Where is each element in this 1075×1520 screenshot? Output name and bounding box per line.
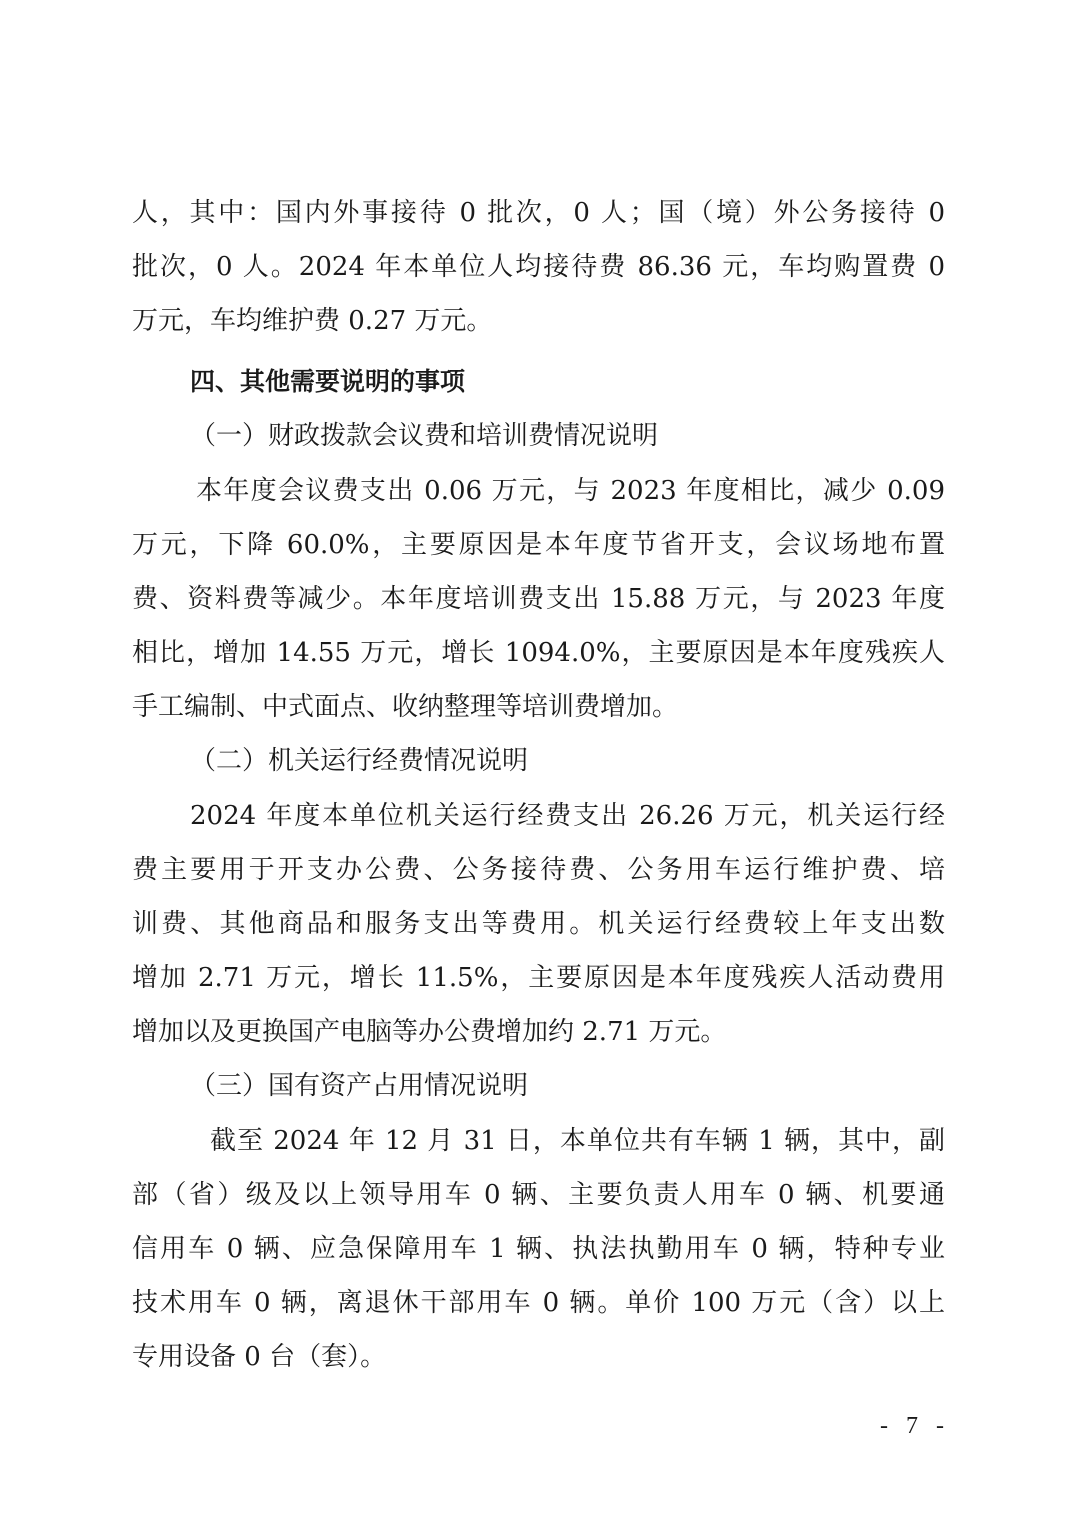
document-page: 人，其中：国内外事接待 0 批次，0 人；国（境）外公务接待 0批次，0 人。2…	[0, 0, 1075, 1520]
paragraph-line: 截至 2024 年 12 月 31 日，本单位共有车辆 1 辆，其中，副	[210, 1125, 945, 1157]
paragraph-line: 万元，车均维护费 0.27 万元。	[132, 305, 945, 337]
paragraph-line: 本年度会议费支出 0.06 万元，与 2023 年度相比，减少 0.09	[196, 475, 945, 507]
paragraph-line: 万元，下降 60.0%，主要原因是本年度节省开支，会议场地布置	[132, 529, 945, 561]
paragraph-line: 费主要用于开支办公费、公务接待费、公务用车运行维护费、培	[132, 854, 945, 886]
paragraph-line: 费、资料费等减少。本年度培训费支出 15.88 万元，与 2023 年度	[132, 583, 945, 615]
paragraph-line: 手工编制、中式面点、收纳整理等培训费增加。	[132, 691, 945, 723]
paragraph-line: 部（省）级及以上领导用车 0 辆、主要负责人用车 0 辆、机要通	[132, 1179, 945, 1211]
paragraph-line: 2024 年度本单位机关运行经费支出 26.26 万元，机关运行经	[190, 800, 945, 832]
subsection-heading: （一）财政拨款会议费和培训费情况说明	[190, 420, 945, 452]
paragraph-line: 批次，0 人。2024 年本单位人均接待费 86.36 元，车均购置费 0	[132, 251, 945, 283]
paragraph-line: 人，其中：国内外事接待 0 批次，0 人；国（境）外公务接待 0	[132, 197, 945, 229]
paragraph-line: 信用车 0 辆、应急保障用车 1 辆、执法执勤用车 0 辆，特种专业	[132, 1233, 945, 1265]
paragraph-line: 相比，增加 14.55 万元，增长 1094.0%，主要原因是本年度残疾人	[132, 637, 945, 669]
page-number: - 7 -	[880, 1413, 950, 1440]
paragraph-line: 技术用车 0 辆，离退休干部用车 0 辆。单价 100 万元（含）以上	[132, 1287, 945, 1319]
paragraph-line: 专用设备 0 台（套）。	[132, 1341, 945, 1373]
section-heading: 四、其他需要说明的事项	[190, 366, 945, 398]
subsection-heading: （二）机关运行经费情况说明	[190, 745, 945, 777]
paragraph-line: 增加 2.71 万元，增长 11.5%，主要原因是本年度残疾人活动费用	[132, 962, 945, 994]
paragraph-line: 训费、其他商品和服务支出等费用。机关运行经费较上年支出数	[132, 908, 945, 940]
paragraph-line: 增加以及更换国产电脑等办公费增加约 2.71 万元。	[132, 1016, 945, 1048]
subsection-heading: （三）国有资产占用情况说明	[190, 1070, 945, 1102]
